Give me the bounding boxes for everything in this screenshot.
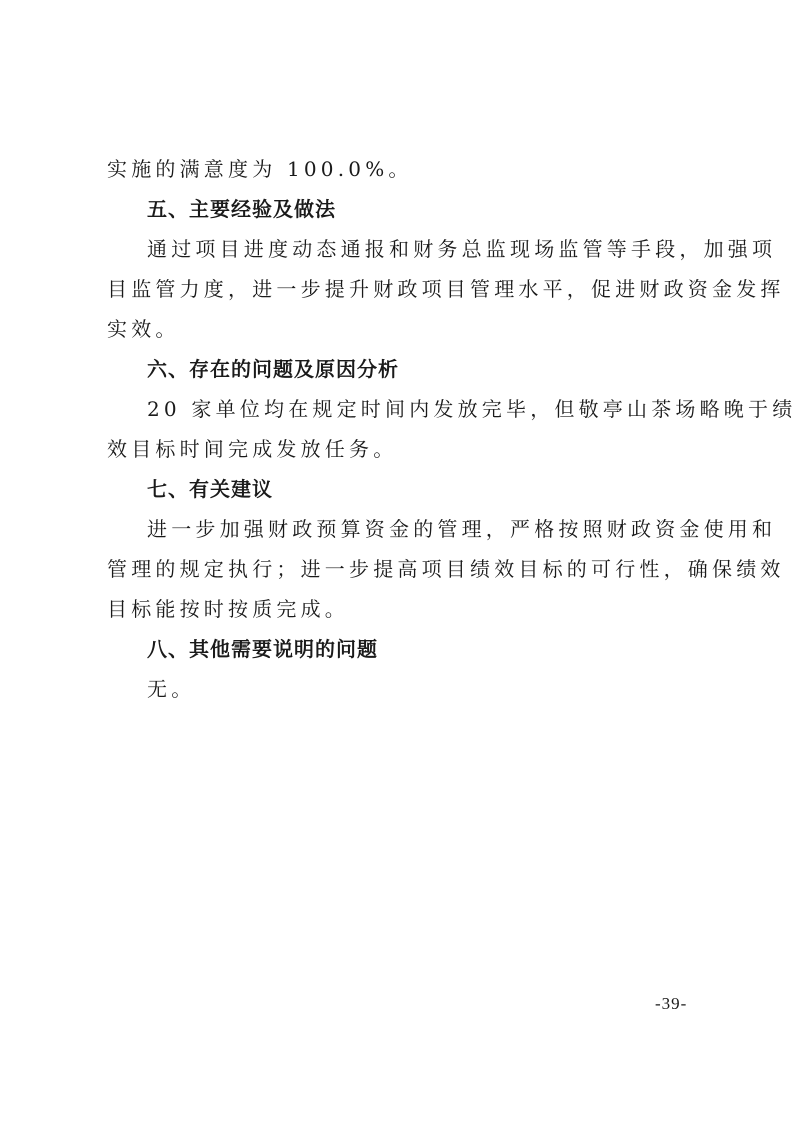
document-page: 实施的满意度为 100.0%。 五、主要经验及做法 通过项目进度动态通报和财务总… [0, 0, 794, 1123]
paragraph-line: 通过项目进度动态通报和财务总监现场监管等手段，加强项 [147, 236, 737, 262]
paragraph-line: 20 家单位均在规定时间内发放完毕，但敬亭山茶场略晚于绩 [147, 396, 737, 422]
paragraph-line: 目监管力度，进一步提升财政项目管理水平，促进财政资金发挥 [107, 276, 697, 302]
paragraph-line: 目标能按时按质完成。 [107, 596, 697, 622]
section-heading-7: 七、有关建议 [147, 476, 737, 502]
section-heading-5: 五、主要经验及做法 [147, 196, 737, 222]
paragraph-line: 实施的满意度为 100.0%。 [107, 156, 697, 182]
section-heading-6: 六、存在的问题及原因分析 [147, 356, 737, 382]
paragraph-line: 效目标时间完成发放任务。 [107, 436, 697, 462]
paragraph-line: 实效。 [107, 316, 697, 342]
section-heading-8: 八、其他需要说明的问题 [147, 636, 737, 662]
paragraph-line: 无。 [147, 676, 737, 702]
page-number: -39- [655, 994, 687, 1014]
paragraph-line: 管理的规定执行；进一步提高项目绩效目标的可行性，确保绩效 [107, 556, 697, 582]
paragraph-line: 进一步加强财政预算资金的管理，严格按照财政资金使用和 [147, 516, 737, 542]
